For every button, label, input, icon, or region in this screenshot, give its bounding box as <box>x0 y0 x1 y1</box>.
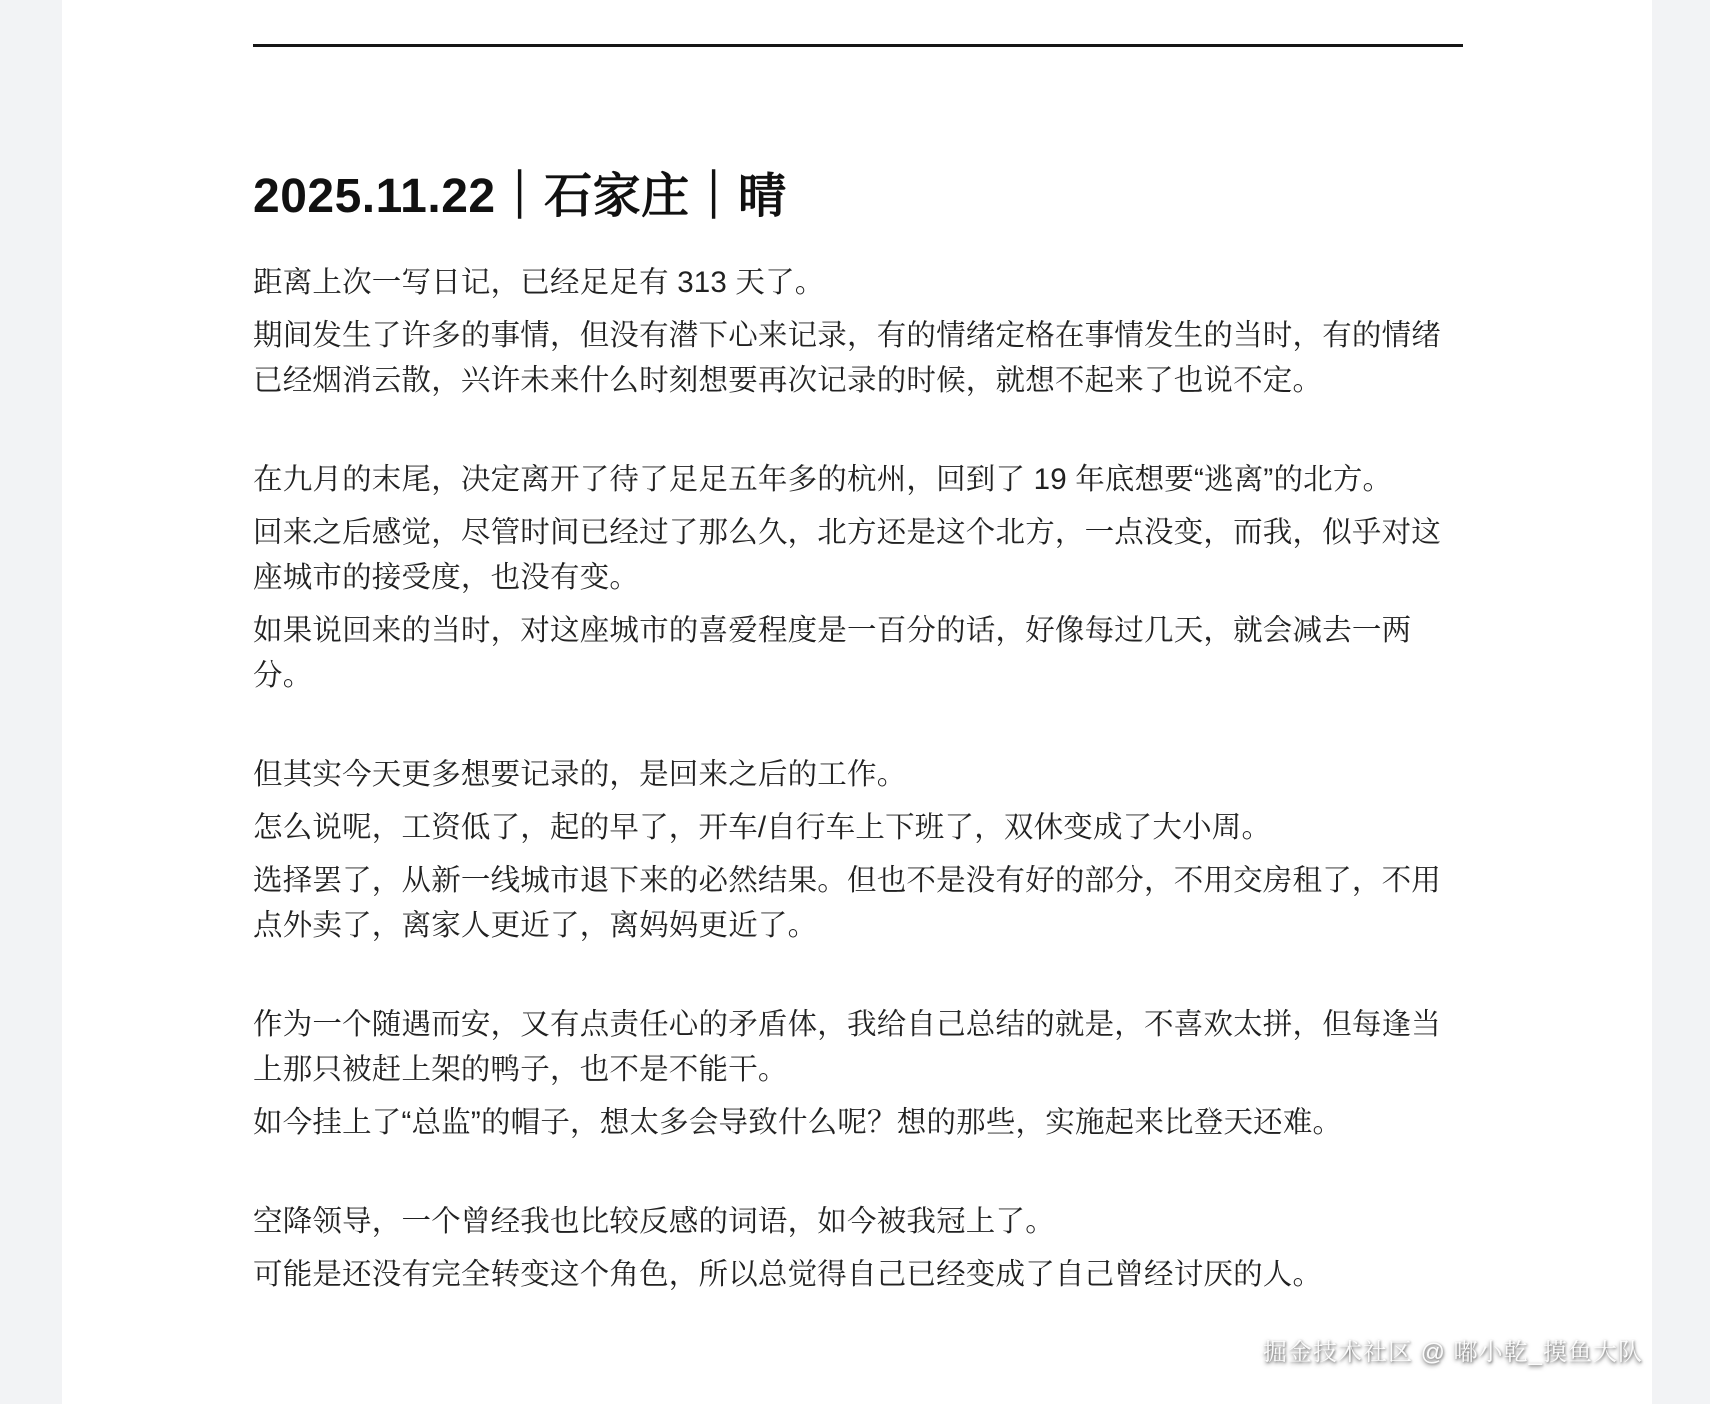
text-line: 可能是还没有完全转变这个角色，所以总觉得自己已经变成了自己曾经讨厌的人。 <box>253 1252 1465 1297</box>
article-content: 2025.11.22｜石家庄｜晴 距离上次一写日记，已经足足有 313 天了。期… <box>253 0 1465 1297</box>
text-line: 回来之后感觉，尽管时间已经过了那么久，北方还是这个北方，一点没变，而我，似乎对这… <box>253 510 1465 600</box>
text-line: 怎么说呢，工资低了，起的早了，开车/自行车上下班了，双休变成了大小周。 <box>253 805 1465 850</box>
text-line: 在九月的末尾，决定离开了待了足足五年多的杭州，回到了 19 年底想要“逃离”的北… <box>253 457 1465 502</box>
top-divider <box>253 44 1463 47</box>
text-line: 如果说回来的当时，对这座城市的喜爱程度是一百分的话，好像每过几天，就会减去一两分… <box>253 608 1465 698</box>
text-line: 选择罢了，从新一线城市退下来的必然结果。但也不是没有好的部分，不用交房租了，不用… <box>253 858 1465 948</box>
page-background: 2025.11.22｜石家庄｜晴 距离上次一写日记，已经足足有 313 天了。期… <box>0 0 1710 1404</box>
entry-body: 距离上次一写日记，已经足足有 313 天了。期间发生了许多的事情，但没有潜下心来… <box>253 260 1465 1297</box>
paragraph: 作为一个随遇而安，又有点责任心的矛盾体，我给自己总结的就是，不喜欢太拼，但每逢当… <box>253 1002 1465 1145</box>
text-line: 距离上次一写日记，已经足足有 313 天了。 <box>253 260 1465 305</box>
paragraph: 距离上次一写日记，已经足足有 313 天了。期间发生了许多的事情，但没有潜下心来… <box>253 260 1465 403</box>
paragraph: 在九月的末尾，决定离开了待了足足五年多的杭州，回到了 19 年底想要“逃离”的北… <box>253 457 1465 698</box>
entry-title: 2025.11.22｜石家庄｜晴 <box>253 169 1465 225</box>
text-line: 空降领导，一个曾经我也比较反感的词语，如今被我冠上了。 <box>253 1199 1465 1244</box>
text-line: 如今挂上了“总监”的帽子，想太多会导致什么呢？想的那些，实施起来比登天还难。 <box>253 1100 1465 1145</box>
article-card: 2025.11.22｜石家庄｜晴 距离上次一写日记，已经足足有 313 天了。期… <box>62 0 1652 1404</box>
text-line: 作为一个随遇而安，又有点责任心的矛盾体，我给自己总结的就是，不喜欢太拼，但每逢当… <box>253 1002 1465 1092</box>
text-line: 期间发生了许多的事情，但没有潜下心来记录，有的情绪定格在事情发生的当时，有的情绪… <box>253 313 1465 403</box>
text-line: 但其实今天更多想要记录的，是回来之后的工作。 <box>253 752 1465 797</box>
watermark: 掘金技术社区 @ 嘟小乾_摸鱼大队 <box>1263 1338 1643 1368</box>
paragraph: 但其实今天更多想要记录的，是回来之后的工作。怎么说呢，工资低了，起的早了，开车/… <box>253 752 1465 948</box>
paragraph: 空降领导，一个曾经我也比较反感的词语，如今被我冠上了。可能是还没有完全转变这个角… <box>253 1199 1465 1297</box>
